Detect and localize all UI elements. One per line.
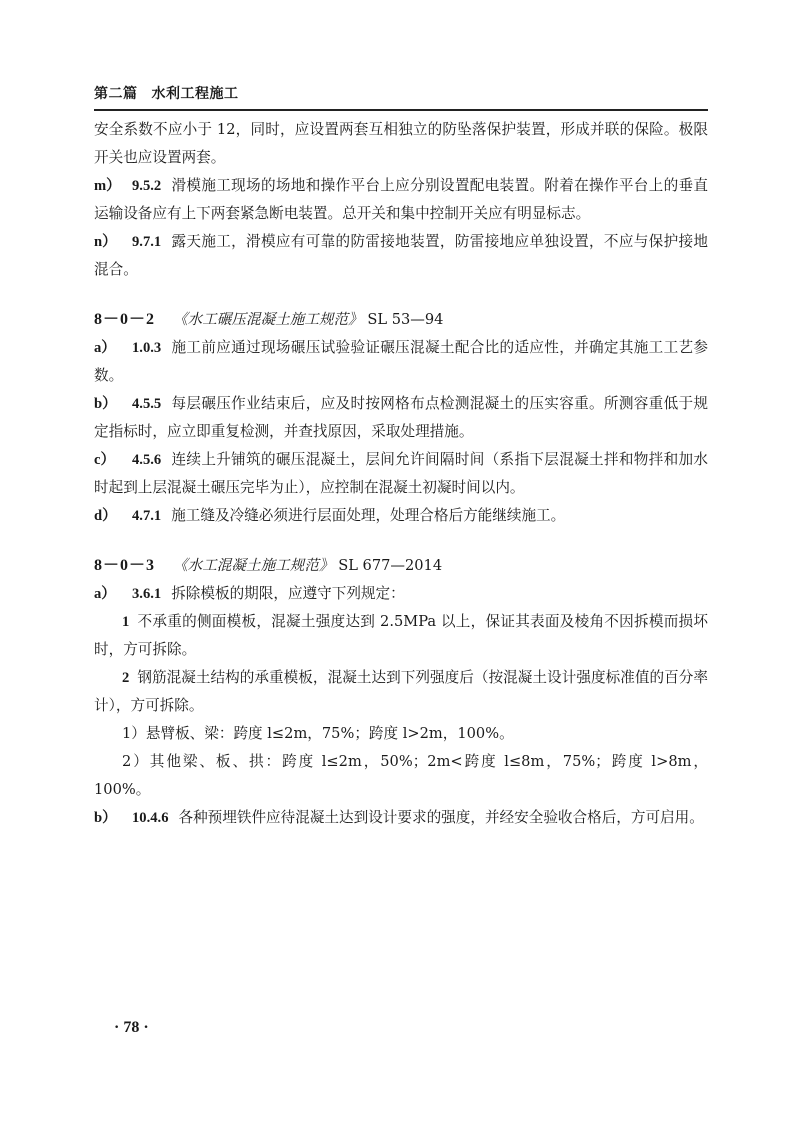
page-body: 安全系数不应小于 12，同时，应设置两套互相独立的防坠落保护装置，形成并联的保险… [94,116,708,832]
clause-number: 9.5.2 [132,178,161,194]
sub-item-text: 钢筋混凝土结构的承重模板，混凝土达到下列强度后（按混凝土设计强度标准值的百分率计… [94,669,708,714]
section-number: 8－0－3 [94,557,155,574]
item-label: m） [94,172,132,200]
clause-item: a）3.6.1拆除模板的期限，应遵守下列规定： [94,580,708,608]
clause-number: 4.5.6 [132,452,161,468]
sub-item: 1不承重的侧面模板，混凝土强度达到 2.5MPa 以上，保证其表面及棱角不因拆模… [94,608,708,664]
item-label: a） [94,334,132,362]
header-part: 第二篇 [94,86,138,102]
clause-item: d）4.7.1施工缝及冷缝必须进行层面处理，处理合格后方能继续施工。 [94,502,708,530]
clause-text: 施工缝及冷缝必须进行层面处理，处理合格后方能继续施工。 [171,507,565,524]
clause-number: 10.4.6 [132,810,168,826]
clause-text: 拆除模板的期限，应遵守下列规定： [171,585,405,602]
section-heading: 8－0－2《水工碾压混凝土施工规范》 SL 53—94 [94,306,708,334]
clause-item: b）10.4.6各种预埋铁件应待混凝土达到设计要求的强度，并经安全验收合格后，方… [94,804,708,832]
clause-item: c）4.5.6连续上升铺筑的碾压混凝土，层间允许间隔时间（系指下层混凝土拌和物拌… [94,446,708,502]
clause-number: 1.0.3 [132,340,161,356]
running-header: 第二篇水利工程施工 [94,83,708,103]
clause-text: 各种预埋铁件应待混凝土达到设计要求的强度，并经安全验收合格后，方可启用。 [178,809,703,826]
clause-number: 4.5.5 [132,396,161,412]
sub-item-text: 不承重的侧面模板，混凝土强度达到 2.5MPa 以上，保证其表面及棱角不因拆模而… [94,613,708,658]
item-label: a） [94,580,132,608]
clause-text: 每层碾压作业结束后，应及时按网格布点检测混凝土的压实容重。所测容重低于规定指标时… [94,395,708,440]
section-title: 《水工混凝土施工规范》 [173,557,334,574]
continuation-paragraph: 安全系数不应小于 12，同时，应设置两套互相独立的防坠落保护装置，形成并联的保险… [94,116,708,172]
page-number: · 78 · [114,1019,149,1037]
header-chapter-title: 水利工程施工 [152,86,239,102]
clause-number: 4.7.1 [132,508,161,524]
clause-number: 9.7.1 [132,234,161,250]
sub-sub-item: 2）其他梁、板、拱：跨度 l≤2m，50%；2m<跨度 l≤8m，75%；跨度 … [94,748,708,804]
sub-item-number: 1 [122,614,129,630]
sub-item: 2钢筋混凝土结构的承重模板，混凝土达到下列强度后（按混凝土设计强度标准值的百分率… [94,664,708,720]
clause-text: 滑模施工现场的场地和操作平台上应分别设置配电装置。附着在操作平台上的垂直运输设备… [94,177,708,222]
section-heading: 8－0－3《水工混凝土施工规范》 SL 677—2014 [94,552,708,580]
standard-code: SL 53—94 [367,311,443,328]
clause-text: 露天施工，滑模应有可靠的防雷接地装置，防雷接地应单独设置，不应与保护接地混合。 [94,233,708,278]
clause-item: m）9.5.2滑模施工现场的场地和操作平台上应分别设置配电装置。附着在操作平台上… [94,172,708,228]
item-label: b） [94,390,132,418]
section-8-0-3: 8－0－3《水工混凝土施工规范》 SL 677—2014 a）3.6.1拆除模板… [94,552,708,832]
header-rule [94,109,708,111]
item-label: b） [94,804,132,832]
clause-item: n）9.7.1露天施工，滑模应有可靠的防雷接地装置，防雷接地应单独设置，不应与保… [94,228,708,284]
section-title: 《水工碾压混凝土施工规范》 [173,311,363,328]
section-number: 8－0－2 [94,311,155,328]
item-label: c） [94,446,132,474]
header-title: 第二篇水利工程施工 [94,83,708,103]
item-label: n） [94,228,132,256]
clause-item: b）4.5.5每层碾压作业结束后，应及时按网格布点检测混凝土的压实容重。所测容重… [94,390,708,446]
sub-item-number: 2 [122,670,129,686]
clause-number: 3.6.1 [132,586,161,602]
section-8-0-2: 8－0－2《水工碾压混凝土施工规范》 SL 53—94 a）1.0.3施工前应通… [94,306,708,530]
clause-text: 施工前应通过现场碾压试验验证碾压混凝土配合比的适应性，并确定其施工工艺参数。 [94,339,708,384]
sub-sub-item: 1）悬臂板、梁：跨度 l≤2m，75%；跨度 l>2m，100%。 [94,720,708,748]
item-label: d） [94,502,132,530]
clause-text: 连续上升铺筑的碾压混凝土，层间允许间隔时间（系指下层混凝土拌和物拌和加水时起到上… [94,451,708,496]
clause-item: a）1.0.3施工前应通过现场碾压试验验证碾压混凝土配合比的适应性，并确定其施工… [94,334,708,390]
standard-code: SL 677—2014 [338,557,442,574]
